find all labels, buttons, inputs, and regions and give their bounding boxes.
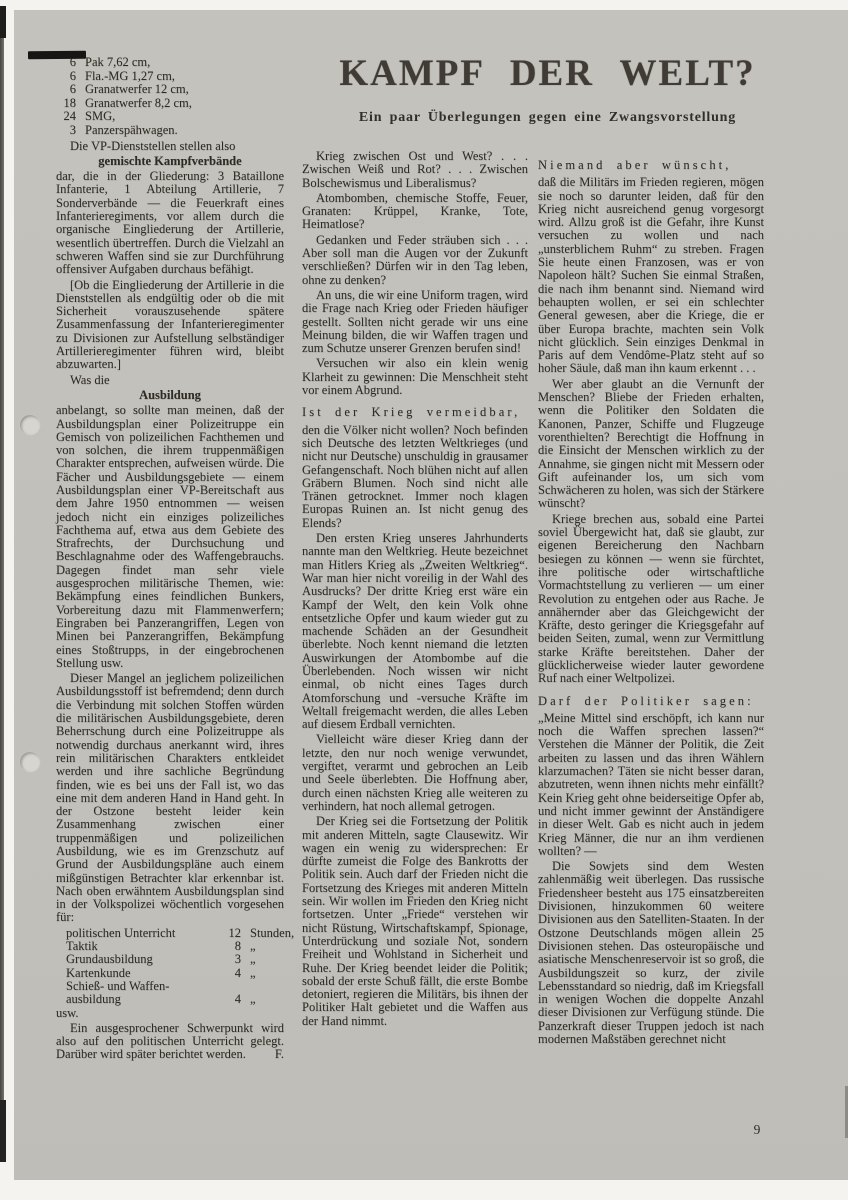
article-header: KAMPF DER WELT? Ein paar Überlegungen ge… (290, 52, 805, 126)
punch-hole-bottom (20, 752, 40, 772)
equipment-count: 6 (56, 70, 76, 84)
column-left: 6Pak 7,62 cm,6Fla.-MG 1,27 cm,6Granatwer… (56, 56, 284, 1064)
equipment-name: Fla.-MG 1,27 cm, (76, 70, 175, 84)
spaced-heading: Darf der Politiker sagen: (538, 695, 764, 708)
scan-mark-bottom-left (0, 1100, 6, 1162)
training-hours: 8 (215, 940, 241, 953)
paragraph: Wer aber glaubt an die Vernunft der Mens… (538, 378, 764, 511)
equipment-name: Granatwerfer 12 cm, (76, 83, 189, 97)
training-subject: Schieß- und Waffen-ausbildung (56, 980, 215, 1007)
training-hours: 12 (215, 927, 241, 940)
training-hours: 4 (215, 993, 241, 1006)
equipment-name: Granatwerfer 8,2 cm, (76, 97, 192, 111)
paragraph: Ein ausgesprochener Schwerpunkt wird als… (56, 1022, 284, 1062)
equipment-list-row: 6Fla.-MG 1,27 cm, (56, 70, 284, 84)
training-hours-row: Schieß- und Waffen-ausbildung4„ (56, 980, 284, 1007)
paragraph: Dieser Mangel an jeglichem polizeilichen… (56, 672, 284, 925)
paragraph: usw. (56, 1007, 284, 1020)
equipment-list-row: 18Granatwerfer 8,2 cm, (56, 97, 284, 111)
paragraph: Vielleicht wäre dieser Krieg dann der le… (302, 733, 528, 813)
centered-heading: gemischte Kampfverbände (56, 155, 284, 168)
equipment-name: Panzerspähwagen. (76, 124, 178, 138)
paragraph: „Meine Mittel sind erschöpft, ich kann n… (538, 712, 764, 858)
page-number: 9 (742, 1122, 772, 1138)
equipment-count: 18 (56, 97, 76, 111)
scan-mark-horizontal-bar (28, 51, 86, 60)
paragraph: Atombomben, chemische Stoffe, Feuer, Gra… (302, 192, 528, 232)
paragraph: Der Krieg sei die Fortsetzung der Politi… (302, 815, 528, 1028)
equipment-count: 6 (56, 83, 76, 97)
training-subject: Kartenkunde (56, 967, 215, 980)
training-unit: „ (241, 967, 284, 980)
paragraph: Gedanken und Feder sträuben sich . . . A… (302, 234, 528, 287)
training-subject: Taktik (56, 940, 215, 953)
paragraph: Die VP-Dienststellen stellen also (56, 140, 284, 153)
paragraph: den die Völker nicht wollen? Noch befind… (302, 424, 528, 530)
paragraph: [Ob die Eingliederung der Artillerie in … (56, 279, 284, 372)
paragraph: Versuchen wir also ein klein wenig Klarh… (302, 357, 528, 397)
training-unit: Stunden, (241, 927, 284, 940)
paragraph: Was die (56, 374, 284, 387)
training-subject: politischen Unterricht (56, 927, 215, 940)
training-unit: „ (241, 993, 284, 1006)
paragraph: Kriege brechen aus, sobald eine Partei s… (538, 513, 764, 686)
punch-hole-top (20, 415, 40, 435)
article-subtitle: Ein paar Überlegungen gegen eine Zwangsv… (290, 110, 805, 126)
training-hours: 3 (215, 953, 241, 966)
training-hours-row: Grundausbildung3„ (56, 953, 284, 966)
centered-heading: Ausbildung (56, 389, 284, 402)
equipment-count: 3 (56, 124, 76, 138)
paragraph: Die Sowjets sind dem Westen zahlenmäßig … (538, 860, 764, 1046)
paragraph: daß die Militärs im Frieden regieren, mö… (538, 176, 764, 375)
training-hours-row: politischen Unterricht12Stunden, (56, 927, 284, 940)
equipment-list-row: 3Panzerspähwagen. (56, 124, 284, 138)
equipment-count: 24 (56, 110, 76, 124)
spaced-heading: Niemand aber wünscht, (538, 159, 764, 172)
training-hours-table: politischen Unterricht12Stunden,Taktik8„… (56, 927, 284, 1007)
paragraph: Den ersten Krieg unseres Jahrhunderts na… (302, 532, 528, 731)
equipment-name: SMG, (76, 110, 115, 124)
spaced-heading: Ist der Krieg vermeidbar, (302, 406, 528, 419)
equipment-list-row: 6Granatwerfer 12 cm, (56, 83, 284, 97)
author-initial: F. (261, 1048, 284, 1061)
column-right: Niemand aber wünscht,daß die Militärs im… (538, 150, 764, 1048)
training-subject: Grundausbildung (56, 953, 215, 966)
article-headline: KAMPF DER WELT? (290, 52, 805, 95)
scan-mark-top-left (0, 6, 6, 38)
scan-edge-left (0, 6, 4, 1162)
training-hours: 4 (215, 967, 241, 980)
paragraph: dar, die in der Gliederung: 3 Bataillone… (56, 170, 284, 276)
paragraph: An uns, die wir eine Uniform tragen, wir… (302, 289, 528, 355)
training-hours-row: Kartenkunde4„ (56, 967, 284, 980)
paragraph: anbelangt, so sollte man meinen, daß der… (56, 404, 284, 670)
paper-sheet: KAMPF DER WELT? Ein paar Überlegungen ge… (14, 10, 848, 1180)
training-hours-row: Taktik8„ (56, 940, 284, 953)
equipment-list-row: 24SMG, (56, 110, 284, 124)
training-unit: „ (241, 940, 284, 953)
training-unit: „ (241, 953, 284, 966)
equipment-list-row: 6Pak 7,62 cm, (56, 56, 284, 70)
column-middle: Krieg zwischen Ost und West? . . . Zwisc… (302, 150, 528, 1030)
scanned-magazine-page: { "document": { "headline": "KAMPF DER W… (0, 0, 848, 1200)
equipment-list: 6Pak 7,62 cm,6Fla.-MG 1,27 cm,6Granatwer… (56, 56, 284, 138)
equipment-name: Pak 7,62 cm, (76, 56, 150, 70)
paragraph: Krieg zwischen Ost und West? . . . Zwisc… (302, 150, 528, 190)
